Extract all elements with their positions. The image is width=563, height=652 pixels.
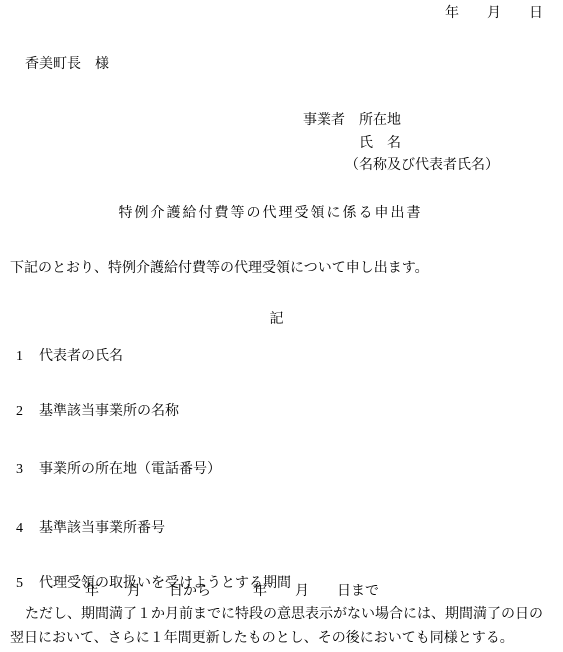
list-item-office-number: 4基準該当事業所番号 bbox=[2, 503, 165, 554]
intro-sentence: 下記のとおり、特例介護給付費等の代理受領について申し出ます。 bbox=[10, 260, 429, 277]
renewal-note-line1: ただし、期間満了１か月前までに特段の意思表示がない場合には、期間満了の日の bbox=[25, 606, 543, 623]
item-number: 3 bbox=[16, 461, 39, 478]
record-heading: 記 bbox=[0, 311, 563, 328]
item-label: 事業所の所在地（電話番号） bbox=[39, 462, 221, 477]
list-item-office-address: 3事業所の所在地（電話番号） bbox=[2, 444, 221, 495]
item-number: 4 bbox=[16, 520, 39, 537]
item-label: 代表者の氏名 bbox=[39, 349, 123, 364]
item-number: 5 bbox=[16, 575, 39, 592]
period-date-range: 年 月 日から 年 月 日まで bbox=[85, 583, 379, 600]
list-item-representative-name: 1代表者の氏名 bbox=[2, 331, 123, 382]
provider-name-note: （名称及び代表者氏名） bbox=[345, 157, 499, 174]
date-line: 年 月 日 bbox=[445, 5, 543, 22]
provider-address-line: 事業者 所在地 bbox=[303, 112, 401, 129]
provider-name-line: 氏 名 bbox=[359, 135, 401, 152]
addressee-line: 香美町長 様 bbox=[25, 56, 109, 73]
list-item-office-name: 2基準該当事業所の名称 bbox=[2, 386, 179, 437]
item-number: 1 bbox=[16, 348, 39, 365]
item-label: 基準該当事業所番号 bbox=[39, 521, 165, 536]
document-page: 年 月 日 香美町長 様 事業者 所在地 氏 名 （名称及び代表者氏名） 特例介… bbox=[0, 0, 563, 652]
item-number: 2 bbox=[16, 403, 39, 420]
renewal-note-line2: 翌日において、さらに１年間更新したものとし、その後においても同様とする。 bbox=[10, 630, 514, 647]
item-label: 基準該当事業所の名称 bbox=[39, 404, 179, 419]
document-title: 特例介護給付費等の代理受領に係る申出書 bbox=[0, 205, 563, 222]
